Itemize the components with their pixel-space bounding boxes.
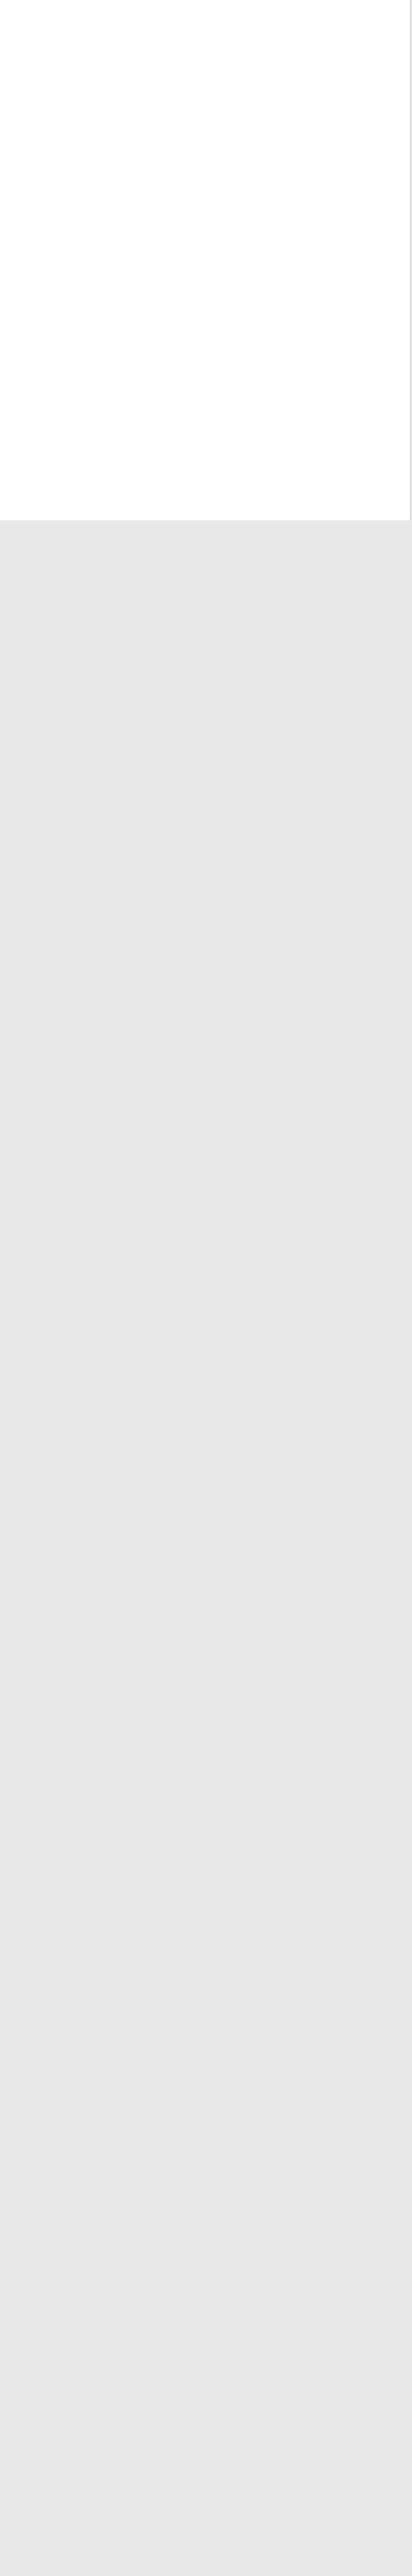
page-1 <box>0 0 411 520</box>
